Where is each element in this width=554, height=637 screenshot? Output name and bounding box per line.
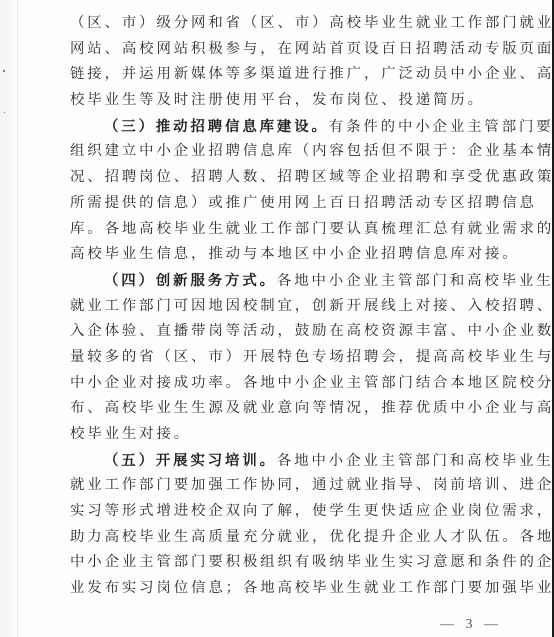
text-line: 就业工作部门要加强工作协同，通过就业指导、岗前培训、进企 (70, 473, 460, 499)
text-line: 入企体验、直播带岗等活动，鼓励在高校资源丰富、中小企业数 (70, 319, 460, 345)
section-3-heading: （三）推动招聘信息库建设。 (104, 118, 329, 135)
text-line: 库。各地高校毕业生就业工作部门要认真梳理汇总有就业需求的 (70, 217, 460, 243)
text-line: 高校毕业生信息，推动与本地区中小企业招聘信息库对接。 (70, 242, 460, 268)
gutter-divider (17, 0, 18, 637)
page-number: — 3 — (440, 617, 502, 633)
text-line: 校毕业生等及时注册使用平台，发布岗位、投递简历。 (70, 88, 460, 114)
section-3-text: 有条件的中小企业主管部门要 (329, 119, 554, 135)
left-page-gutter (0, 0, 18, 637)
text-line: 所需提供的信息）或推广使用网上百日招聘活动专区招聘信息 (70, 191, 460, 217)
text-line: 链接，并运用新媒体等多渠道进行推广，广泛动员中小企业、高 (70, 62, 460, 88)
text-line: 实习等形式增进校企双向了解，使学生更快适应企业岗位需求， (70, 499, 460, 525)
section-4-heading: （四）创新服务方式。 (104, 272, 277, 289)
section-5-heading: （五）开展实习培训。 (104, 452, 277, 469)
text-line: 中小企业对接成功率。各地中小企业主管部门结合本地区院校分 (70, 371, 460, 397)
text-line: 况、招聘岗位、招聘人数、招聘区域等企业招聘和享受优惠政策 (70, 165, 460, 191)
text-line: 组织建立中小企业招聘信息库（内容包括但不限于：企业基本情 (70, 139, 460, 165)
document-page: （区、市）级分网和省（区、市）高校毕业生就业工作部门就业 网站、高校网站积极参与… (0, 0, 554, 637)
text-line: 中小企业主管部门要积极组织有吸纳毕业生实习意愿和条件的企 (70, 550, 460, 576)
section-4-text: 各地中小企业主管部门和高校毕业生 (277, 273, 554, 289)
text-line: 校毕业生对接。 (70, 422, 460, 448)
text-line: 量较多的省（区、市）开展特色专场招聘会，提高高校毕业生与 (70, 345, 460, 371)
section-5-text: 各地中小企业主管部门和高校毕业生 (277, 453, 554, 469)
section-3-first-line: （三）推动招聘信息库建设。有条件的中小企业主管部门要 (70, 114, 460, 140)
scan-speck (4, 112, 5, 113)
section-4-first-line: （四）创新服务方式。各地中小企业主管部门和高校毕业生 (70, 268, 460, 294)
text-line: 就业工作部门可因地因校制宜，创新开展线上对接、入校招聘、 (70, 294, 460, 320)
document-body: （区、市）级分网和省（区、市）高校毕业生就业工作部门就业 网站、高校网站积极参与… (70, 11, 460, 602)
text-line: 助力高校毕业生高质量充分就业，优化提升企业人才队伍。各地 (70, 525, 460, 551)
text-line: 业发布实习岗位信息；各地高校毕业生就业工作部门要加强毕业 (70, 576, 460, 602)
scan-speck (3, 70, 5, 72)
text-line: 网站、高校网站积极参与，在网站首页设百日招聘活动专版页面 (70, 37, 460, 63)
section-5-first-line: （五）开展实习培训。各地中小企业主管部门和高校毕业生 (70, 448, 460, 474)
text-line: （区、市）级分网和省（区、市）高校毕业生就业工作部门就业 (70, 11, 460, 37)
text-line: 布、高校毕业生生源及就业意向等情况，推荐优质中小企业与高 (70, 396, 460, 422)
